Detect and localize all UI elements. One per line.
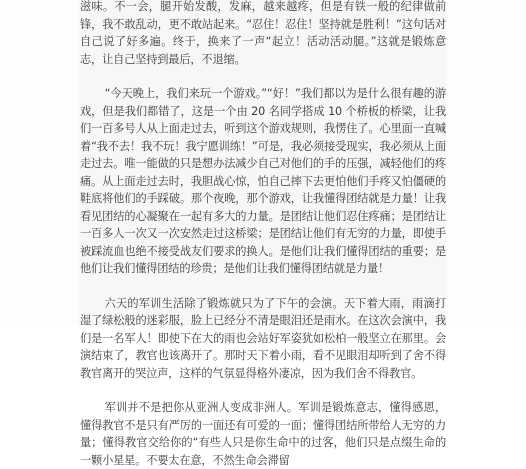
paragraph-bridge-game: “今天晚上，我们来玩一个游戏。”“好！”我们都以为是什么很有趣的游戏，但是我们都… — [80, 85, 446, 278]
paragraph-performance: 六天的军训生活除了锻炼就只为了下午的会演。天下着大雨，雨滴打湿了绿松般的迷彩服，… — [80, 295, 446, 327]
paragraph-discipline: 滋味。不一会，腿开始发酸，发麻，越来越疼，但是有铁一般的纪律做前锋，我不敢乱动，… — [80, 0, 446, 68]
article-body: 滋味。不一会，腿开始发酸，发麻，越来越疼，但是有铁一般的纪律做前锋，我不敢乱动，… — [78, 0, 446, 326]
paragraph-gap — [80, 278, 446, 295]
page: 滋味。不一会，腿开始发酸，发麻，越来越疼，但是有铁一般的纪律做前锋，我不敢乱动，… — [0, 0, 526, 326]
paragraph-gap — [80, 68, 446, 85]
